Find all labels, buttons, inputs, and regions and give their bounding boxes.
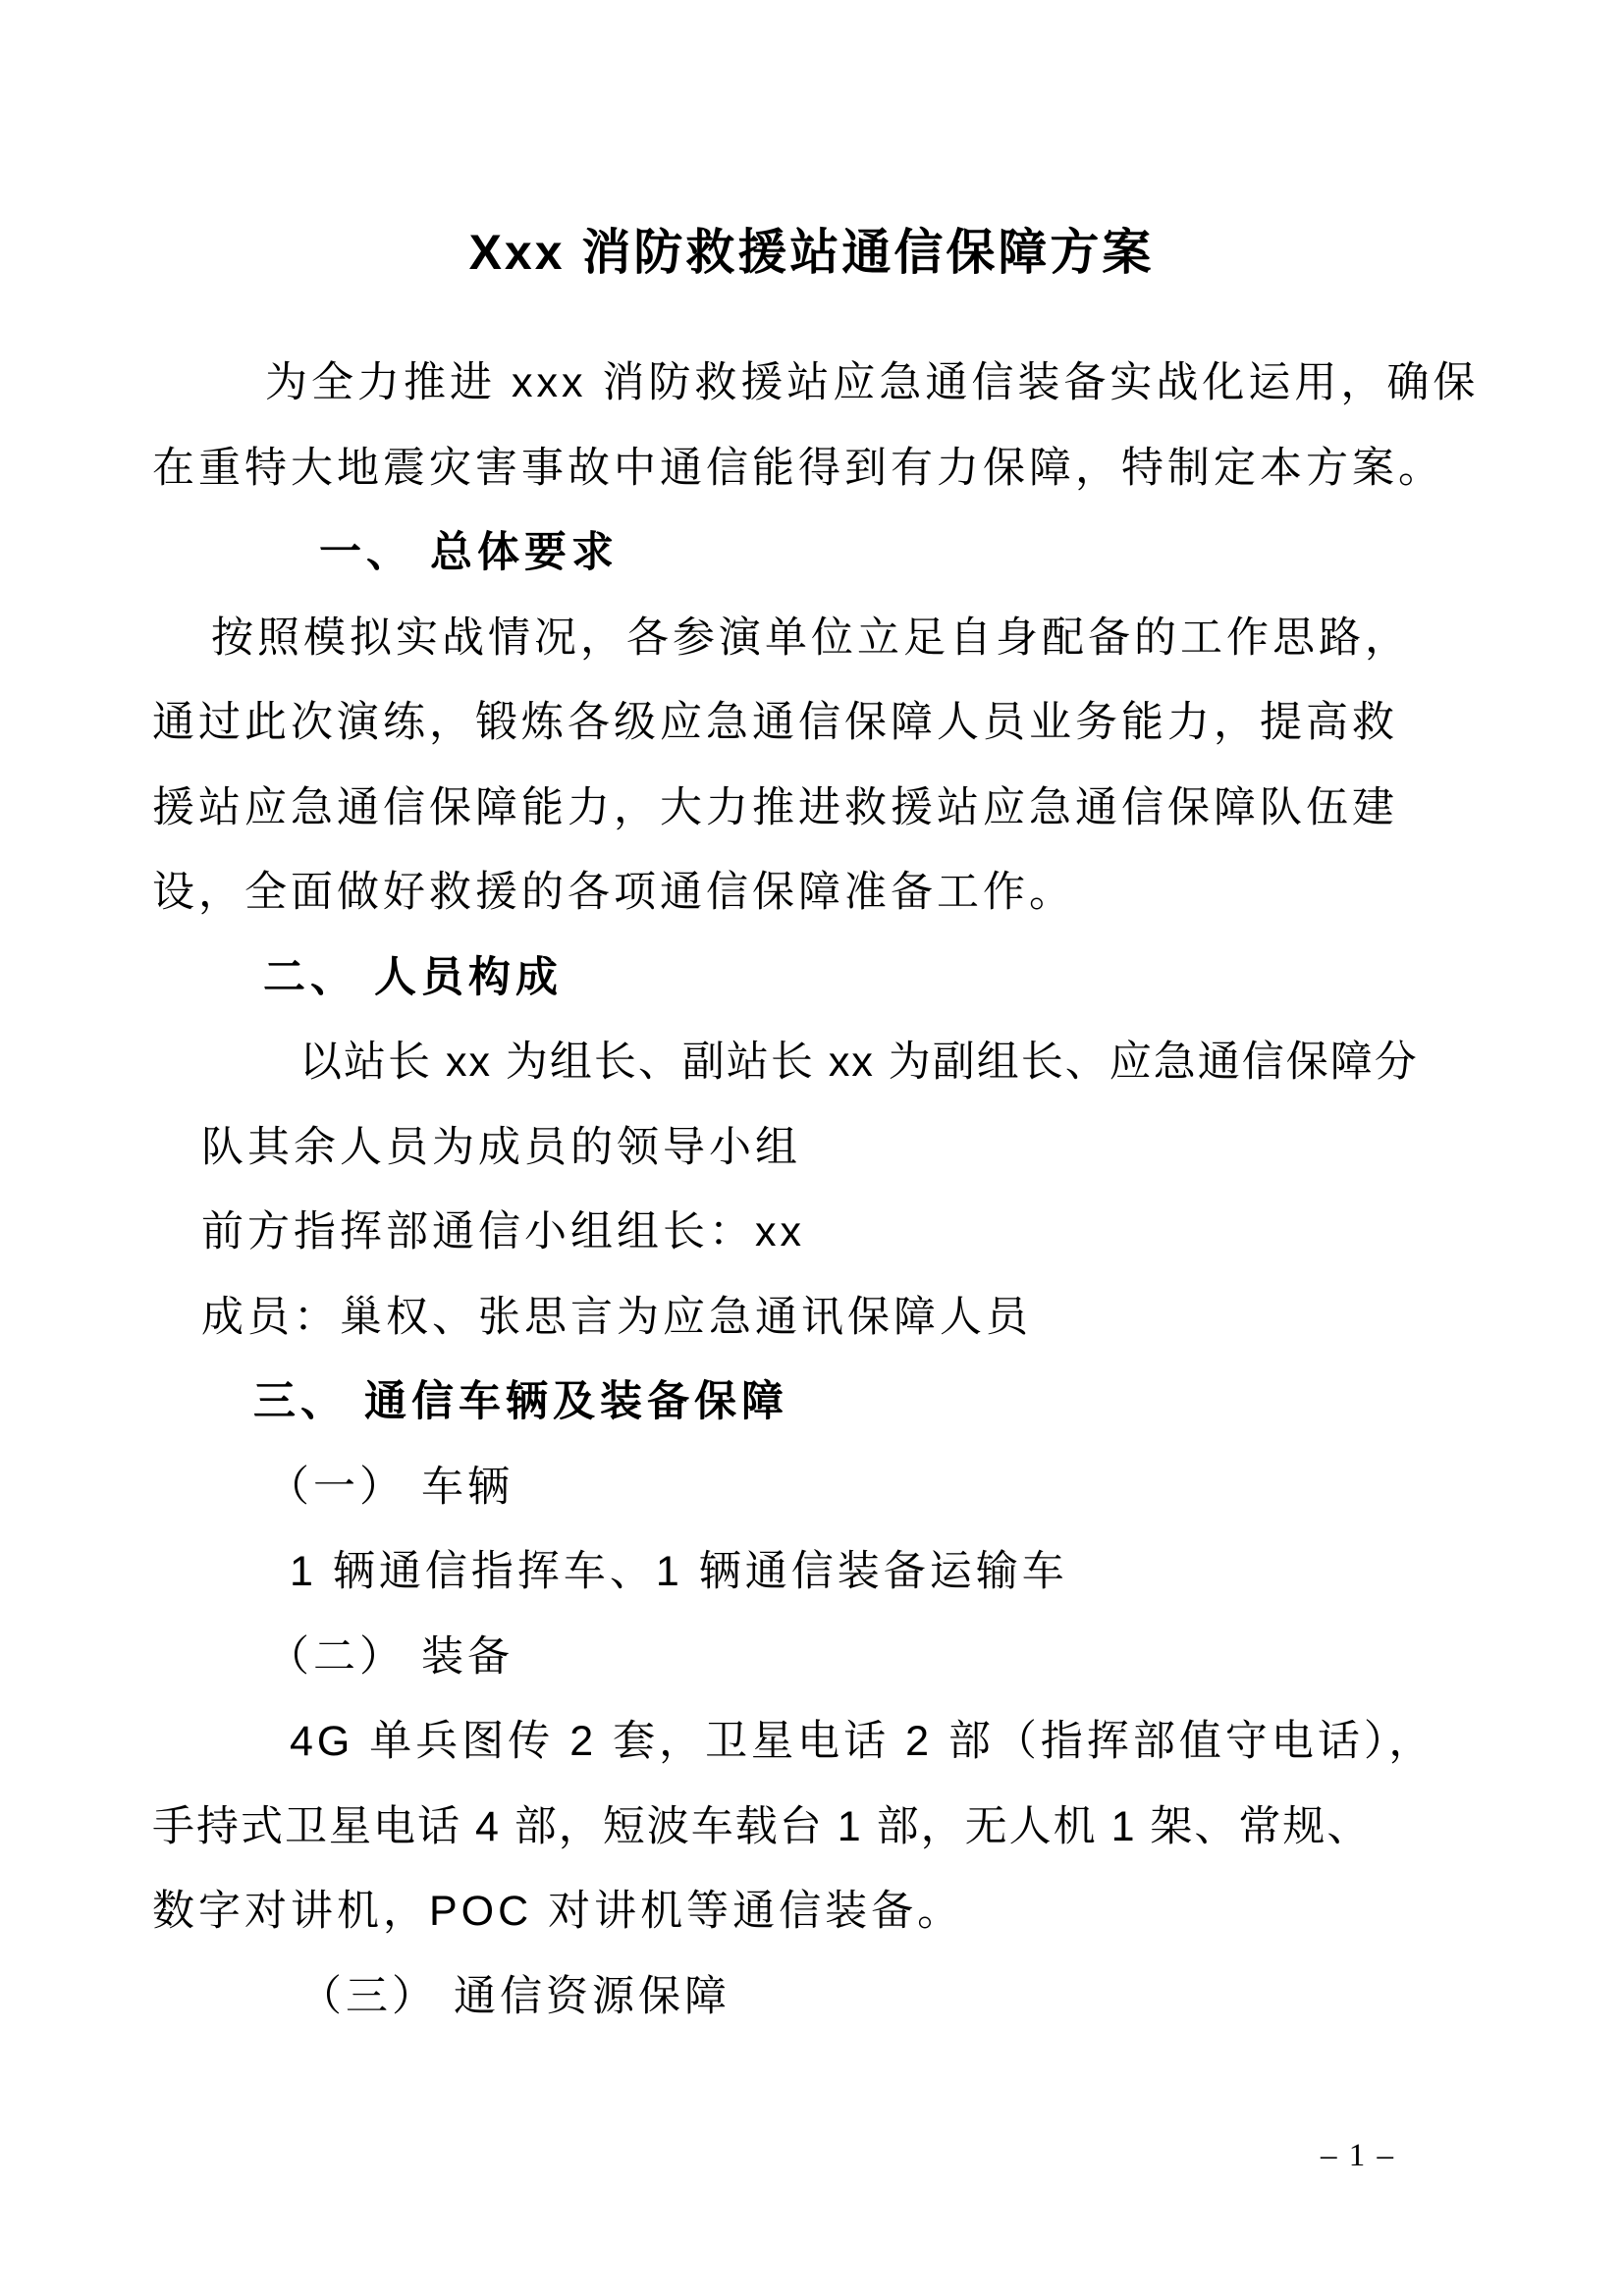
paragraph-line: 设，全面做好救援的各项通信保障准备工作。 (0, 850, 1623, 935)
paragraph-line: 队其余人员为成员的领导小组 (0, 1105, 1623, 1191)
paragraph-line: 数字对讲机，POC 对讲机等通信装备。 (0, 1869, 1623, 1954)
subsection-heading: （一） 车辆 (0, 1445, 1623, 1530)
paragraph-line: 按照模拟实战情况，各参演单位立足自身配备的工作思路， (0, 596, 1623, 681)
paragraph-line: 前方指挥部通信小组组长：xx (0, 1190, 1623, 1275)
document-body: 为全力推进 xxx 消防救援站应急通信装备实战化运用，确保 在重特大地震灾害事故… (0, 341, 1623, 2039)
subsection-heading: （二） 装备 (0, 1615, 1623, 1700)
paragraph-line: 以站长 xx 为组长、副站长 xx 为副组长、应急通信保障分 (0, 1020, 1623, 1105)
document-page: Xxx 消防救援站通信保障方案 为全力推进 xxx 消防救援站应急通信装备实战化… (0, 0, 1623, 2296)
paragraph-line: 4G 单兵图传 2 套，卫星电话 2 部（指挥部值守电话）， (0, 1699, 1623, 1785)
paragraph-line: 1 辆通信指挥车、1 辆通信装备运输车 (0, 1529, 1623, 1615)
section-heading-1: 一、 总体要求 (0, 510, 1623, 596)
paragraph-line: 为全力推进 xxx 消防救援站应急通信装备实战化运用，确保 (0, 341, 1623, 426)
paragraph-line: 援站应急通信保障能力，大力推进救援站应急通信保障队伍建 (0, 766, 1623, 851)
paragraph-line: 在重特大地震灾害事故中通信能得到有力保障，特制定本方案。 (0, 426, 1623, 511)
document-title: Xxx 消防救援站通信保障方案 (0, 214, 1623, 291)
paragraph-line: 手持式卫星电话 4 部，短波车载台 1 部，无人机 1 架、常规、 (0, 1785, 1623, 1870)
paragraph-line: 通过此次演练，锻炼各级应急通信保障人员业务能力，提高救 (0, 680, 1623, 766)
subsection-heading: （三） 通信资源保障 (0, 1954, 1623, 2040)
page-number: – 1 – (1321, 2136, 1395, 2175)
section-heading-2: 二、 人员构成 (0, 935, 1623, 1021)
section-heading-3: 三、 通信车辆及装备保障 (0, 1360, 1623, 1445)
paragraph-line: 成员：巢权、张思言为应急通讯保障人员 (0, 1275, 1623, 1361)
